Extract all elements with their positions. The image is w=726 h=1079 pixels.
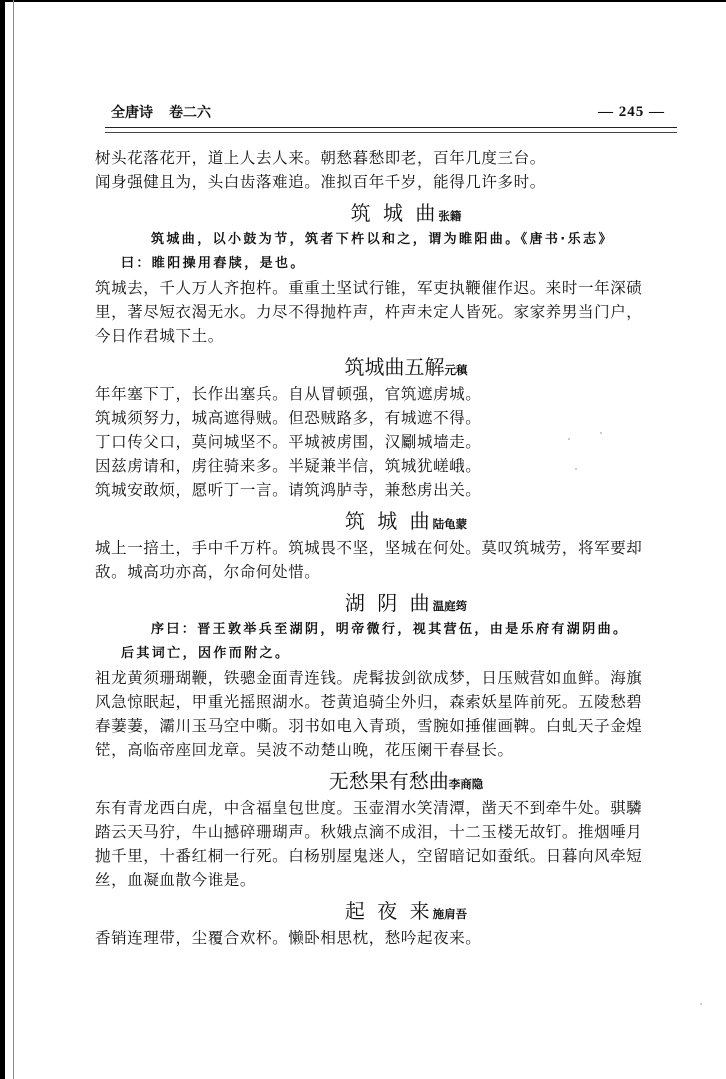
poem-line: 铓，高临帝座回龙章。吴波不动楚山晚，花压阑干春昼长。	[95, 738, 677, 762]
scan-speck	[700, 1003, 702, 1005]
poem-line: 因兹虏请和，虏往骑来多。半疑兼半信，筑城犹嵯峨。	[95, 454, 677, 478]
poem-line: 树头花落花开，道上人去人来。朝愁暮愁即老，百年几度三台。	[95, 146, 677, 170]
poem-author: 陆龟蒙	[433, 517, 468, 531]
poem-title: 无愁果有愁曲李商隐	[95, 762, 677, 796]
poem-line: 香销连理带，尘覆合欢杯。懒卧相思枕，愁吟起夜来。	[95, 926, 677, 950]
poem-title-text: 湖 阴 曲	[345, 591, 433, 615]
poem-author: 张籍	[438, 209, 461, 223]
poem-line: 今日作君城下土。	[95, 324, 677, 348]
poem-line: 敌。城高功亦高，尔命何处惜。	[95, 560, 677, 584]
poem-line: 东有青龙西白虎，中含福皇包世度。玉壶渭水笑清潭，凿天不到牵牛处。骐驎	[95, 796, 677, 820]
poem-title: 筑 城 曲张籍	[95, 194, 677, 228]
poem-line: 风急惊眠起，甲重光摇照湖水。苍黄追骑尘外归，森索妖星阵前死。五陵愁碧	[95, 690, 677, 714]
poem-zhucheng-zhangji: 筑 城 曲张籍 筑城曲，以小鼓为节，筑者下杵以和之，谓为睢阳曲。《唐书·乐志》 …	[95, 194, 677, 348]
poem-line: 丁口传父口，莫问城坚不。平城被虏围，汉劚城墙走。	[95, 430, 677, 454]
poem-wuchou-lishangyin: 无愁果有愁曲李商隐 东有青龙西白虎，中含福皇包世度。玉壶渭水笑清潭，凿天不到牵牛…	[95, 762, 677, 892]
poem-line: 筑城须努力，城高遮得贼。但恐贼路多，有城遮不得。	[95, 406, 677, 430]
poem-line: 丝，血凝血散今谁是。	[95, 868, 677, 892]
poem-preface: 曰：睢阳操用舂牍，是也。	[95, 252, 677, 276]
header-left: 全唐诗卷二六	[95, 102, 211, 122]
scan-top-border	[0, 0, 726, 2]
continuation-block: 树头花落花开，道上人去人来。朝愁暮愁即老，百年几度三台。 闻身强健且为，头白齿落…	[95, 146, 677, 194]
poem-line: 年年塞下丁，长作出塞兵。自从冒顿强，官筑遮虏城。	[95, 382, 677, 406]
poem-title: 湖 阴 曲温庭筠	[95, 584, 677, 618]
poem-line: 祖龙黄须珊瑚鞭，铁骢金面青连钱。虎髯拔剑欲成梦，日压贼营如血鲜。海旗	[95, 666, 677, 690]
poem-line: 城上一掊土，手中千万杵。筑城畏不坚，坚城在何处。莫叹筑城劳，将军要却	[95, 536, 677, 560]
page-edge-line	[13, 0, 14, 1079]
poem-author: 元稹	[445, 363, 468, 377]
scan-speck	[600, 432, 602, 434]
poem-line: 春萋萋，灞川玉马空中嘶。羽书如电入青琐，雪腕如捶催画鞞。白虬天子金煌	[95, 714, 677, 738]
page-number: — 245 —	[598, 104, 677, 121]
poem-preface: 筑城曲，以小鼓为节，筑者下杵以和之，谓为睢阳曲。《唐书·乐志》	[95, 228, 677, 252]
volume-label: 卷二六	[169, 105, 211, 121]
poem-author: 施肩吾	[433, 907, 468, 921]
scan-speck	[575, 468, 577, 470]
book-title: 全唐诗	[111, 105, 153, 121]
poem-line: 踏云天马狞，牛山撼碎珊瑚声。秋娥点滴不成泪，十二玉楼无故钉。推烟唾月	[95, 820, 677, 844]
poem-title-text: 筑 城 曲	[351, 201, 439, 225]
poem-preface: 序曰：晋王敦举兵至湖阴，明帝微行，视其营伍，由是乐府有湖阴曲。	[95, 618, 677, 642]
scan-speck	[618, 826, 620, 828]
poem-line: 筑城去，千人万人齐抱杵。重重土坚试行锥，军吏执鞭催作迟。来时一年深碛	[95, 276, 677, 300]
poem-zhucheng-wujie-yuanzhen: 筑城曲五解元稹 年年塞下丁，长作出塞兵。自从冒顿强，官筑遮虏城。 筑城须努力，城…	[95, 348, 677, 502]
poem-title-text: 无愁果有愁曲	[329, 769, 449, 793]
poem-title-text: 筑 城 曲	[345, 509, 433, 533]
poem-zhucheng-luguimeng: 筑 城 曲陆龟蒙 城上一掊土，手中千万杵。筑城畏不坚，坚城在何处。莫叹筑城劳，将…	[95, 502, 677, 584]
poem-author: 温庭筠	[433, 599, 468, 613]
poem-line: 闻身强健且为，头白齿落难追。准拟百年千岁，能得几许多时。	[95, 170, 677, 194]
scan-speck	[568, 438, 570, 440]
poem-line: 筑城安敢烦，愿听丁一言。请筑鸿胪寺，兼愁虏出关。	[95, 478, 677, 502]
body-text: 树头花落花开，道上人去人来。朝愁暮愁即老，百年几度三台。 闻身强健且为，头白齿落…	[95, 146, 677, 950]
scan-left-border	[0, 0, 5, 1079]
poem-huyin-wentingyun: 湖 阴 曲温庭筠 序曰：晋王敦举兵至湖阴，明帝微行，视其营伍，由是乐府有湖阴曲。…	[95, 584, 677, 762]
poem-qiyelai-shijianwu: 起 夜 来施肩吾 香销连理带，尘覆合欢杯。懒卧相思枕，愁吟起夜来。	[95, 892, 677, 950]
poem-preface: 后其词亡，因作而附之。	[95, 642, 677, 666]
poem-line: 抛千里，十番红桐一行死。白杨别屋鬼迷人，空留暗记如蚕纸。日暮向风牵短	[95, 844, 677, 868]
poem-title: 起 夜 来施肩吾	[95, 892, 677, 926]
header-double-rule	[105, 127, 677, 133]
poem-title: 筑城曲五解元稹	[95, 348, 677, 382]
poem-line: 里，著尽短衣渴无水。力尽不得抛杵声，杵声未定人皆死。家家养男当门户，	[95, 300, 677, 324]
poem-title-text: 筑城曲五解	[345, 355, 445, 379]
running-header: 全唐诗卷二六 — 245 —	[95, 101, 677, 123]
poem-author: 李商隐	[449, 777, 484, 791]
poem-title-text: 起 夜 来	[345, 899, 433, 923]
poem-title: 筑 城 曲陆龟蒙	[95, 502, 677, 536]
